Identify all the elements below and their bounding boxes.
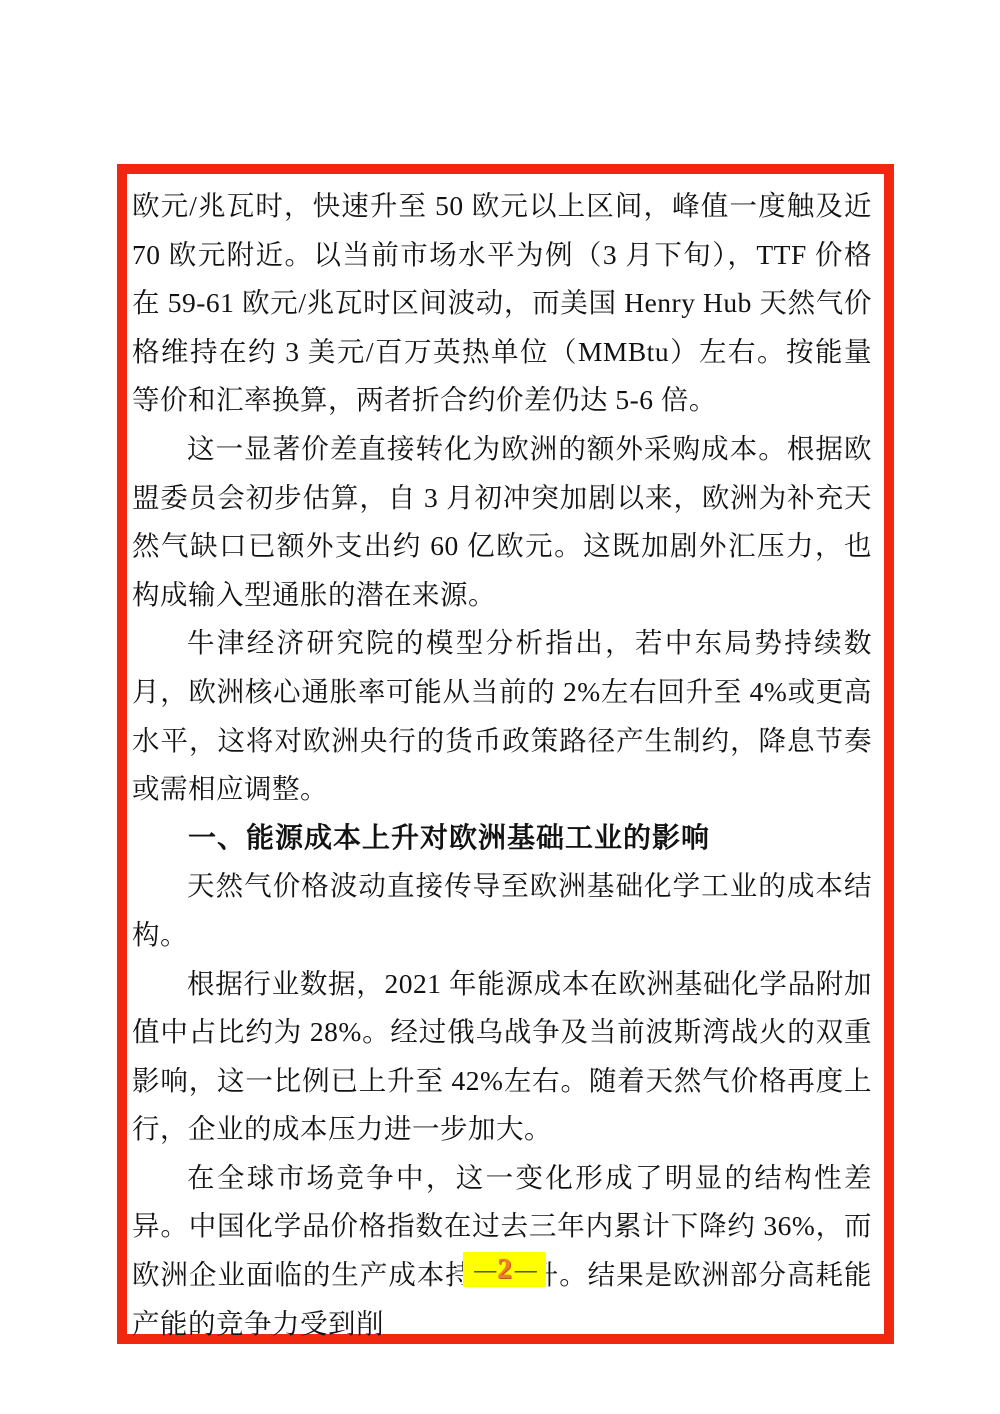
page-number-badge: — 2 — — [463, 1252, 546, 1287]
document-body: 欧元/兆瓦时，快速升至 50 欧元以上区间，峰值一度触及近 70 欧元附近。以当… — [132, 182, 872, 1348]
paragraph-industry-data: 根据行业数据，2021 年能源成本在欧洲基础化学品附加值中占比约为 28%。经过… — [132, 960, 872, 1154]
paragraph-oxford-inflation: 牛津经济研究院的模型分析指出，若中东局势持续数月，欧洲核心通胀率可能从当前的 2… — [132, 619, 872, 813]
paragraph-price-gap-cost: 这一显著价差直接转化为欧洲的额外采购成本。根据欧盟委员会初步估算，自 3 月初冲… — [132, 425, 872, 619]
page-number-dash-right: — — [515, 1259, 535, 1281]
section-heading-energy-cost-impact: 一、能源成本上升对欧洲基础工业的影响 — [132, 814, 872, 863]
page-number-value: 2 — [497, 1255, 512, 1284]
document-page: 欧元/兆瓦时，快速升至 50 欧元以上区间，峰值一度触及近 70 欧元附近。以当… — [0, 0, 1000, 1414]
paragraph-cost-structure: 天然气价格波动直接传导至欧洲基础化学工业的成本结构。 — [132, 862, 872, 959]
paragraph-gas-price-continuation: 欧元/兆瓦时，快速升至 50 欧元以上区间，峰值一度触及近 70 欧元附近。以当… — [132, 182, 872, 425]
page-number-dash-left: — — [474, 1259, 494, 1281]
